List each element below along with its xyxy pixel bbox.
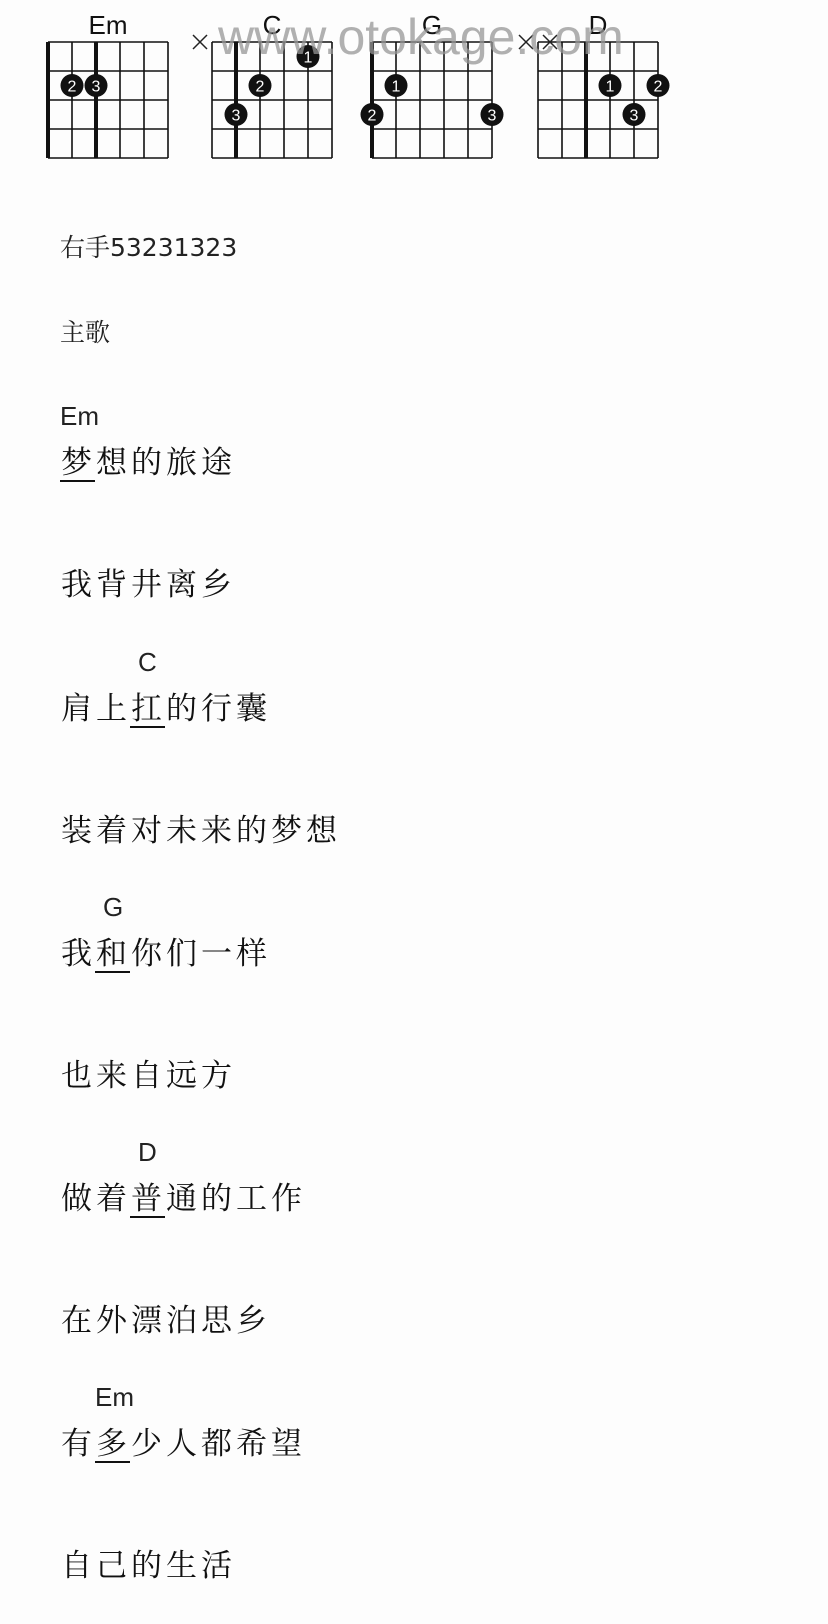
- svg-text:2: 2: [368, 108, 377, 125]
- chord-name: Em: [89, 10, 128, 40]
- chord-marker: Em: [95, 1382, 134, 1413]
- finger-dot: 2: [361, 103, 384, 126]
- chord-marker: C: [138, 647, 157, 678]
- lyric-line: 肩上扛的行囊: [60, 683, 270, 728]
- svg-text:1: 1: [606, 79, 615, 96]
- chord-marker: D: [138, 1137, 157, 1168]
- lyric-line: 自己的生活: [60, 1540, 235, 1585]
- svg-text:2: 2: [654, 79, 663, 96]
- svg-text:2: 2: [256, 79, 265, 96]
- section-label: 主歌: [60, 313, 110, 349]
- svg-text:3: 3: [488, 108, 497, 125]
- finger-dot: 3: [481, 103, 504, 126]
- finger-dot: 3: [85, 74, 108, 97]
- svg-text:3: 3: [232, 108, 241, 125]
- finger-dot: 1: [385, 74, 408, 97]
- chord-diagram-em: Em23: [48, 10, 168, 158]
- finger-dot: 2: [249, 74, 272, 97]
- svg-text:2: 2: [68, 79, 77, 96]
- svg-text:3: 3: [92, 79, 101, 96]
- svg-text:1: 1: [392, 79, 401, 96]
- finger-dot: 3: [225, 103, 248, 126]
- chord-marker: G: [103, 892, 123, 923]
- lyric-line: 也来自远方: [60, 1050, 235, 1095]
- finger-dot: 2: [647, 74, 670, 97]
- finger-dot: 1: [599, 74, 622, 97]
- muted-string-icon: [193, 35, 207, 49]
- chord-marker: Em: [60, 401, 99, 432]
- lyric-line: 做着普通的工作: [60, 1173, 305, 1218]
- lyric-line: 我和你们一样: [60, 928, 270, 973]
- svg-text:3: 3: [630, 108, 639, 125]
- finger-dot: 3: [623, 103, 646, 126]
- watermark: www.otokage.com: [218, 8, 624, 66]
- finger-dot: 2: [61, 74, 84, 97]
- lyric-line: 装着对未来的梦想: [60, 805, 340, 850]
- lyric-line: 梦想的旅途: [60, 437, 235, 482]
- lyric-line: 有多少人都希望: [60, 1418, 305, 1463]
- right-hand-pattern: 右手53231323: [60, 228, 237, 264]
- lyric-line: 我背井离乡: [60, 559, 235, 604]
- lyric-line: 在外漂泊思乡: [60, 1295, 270, 1340]
